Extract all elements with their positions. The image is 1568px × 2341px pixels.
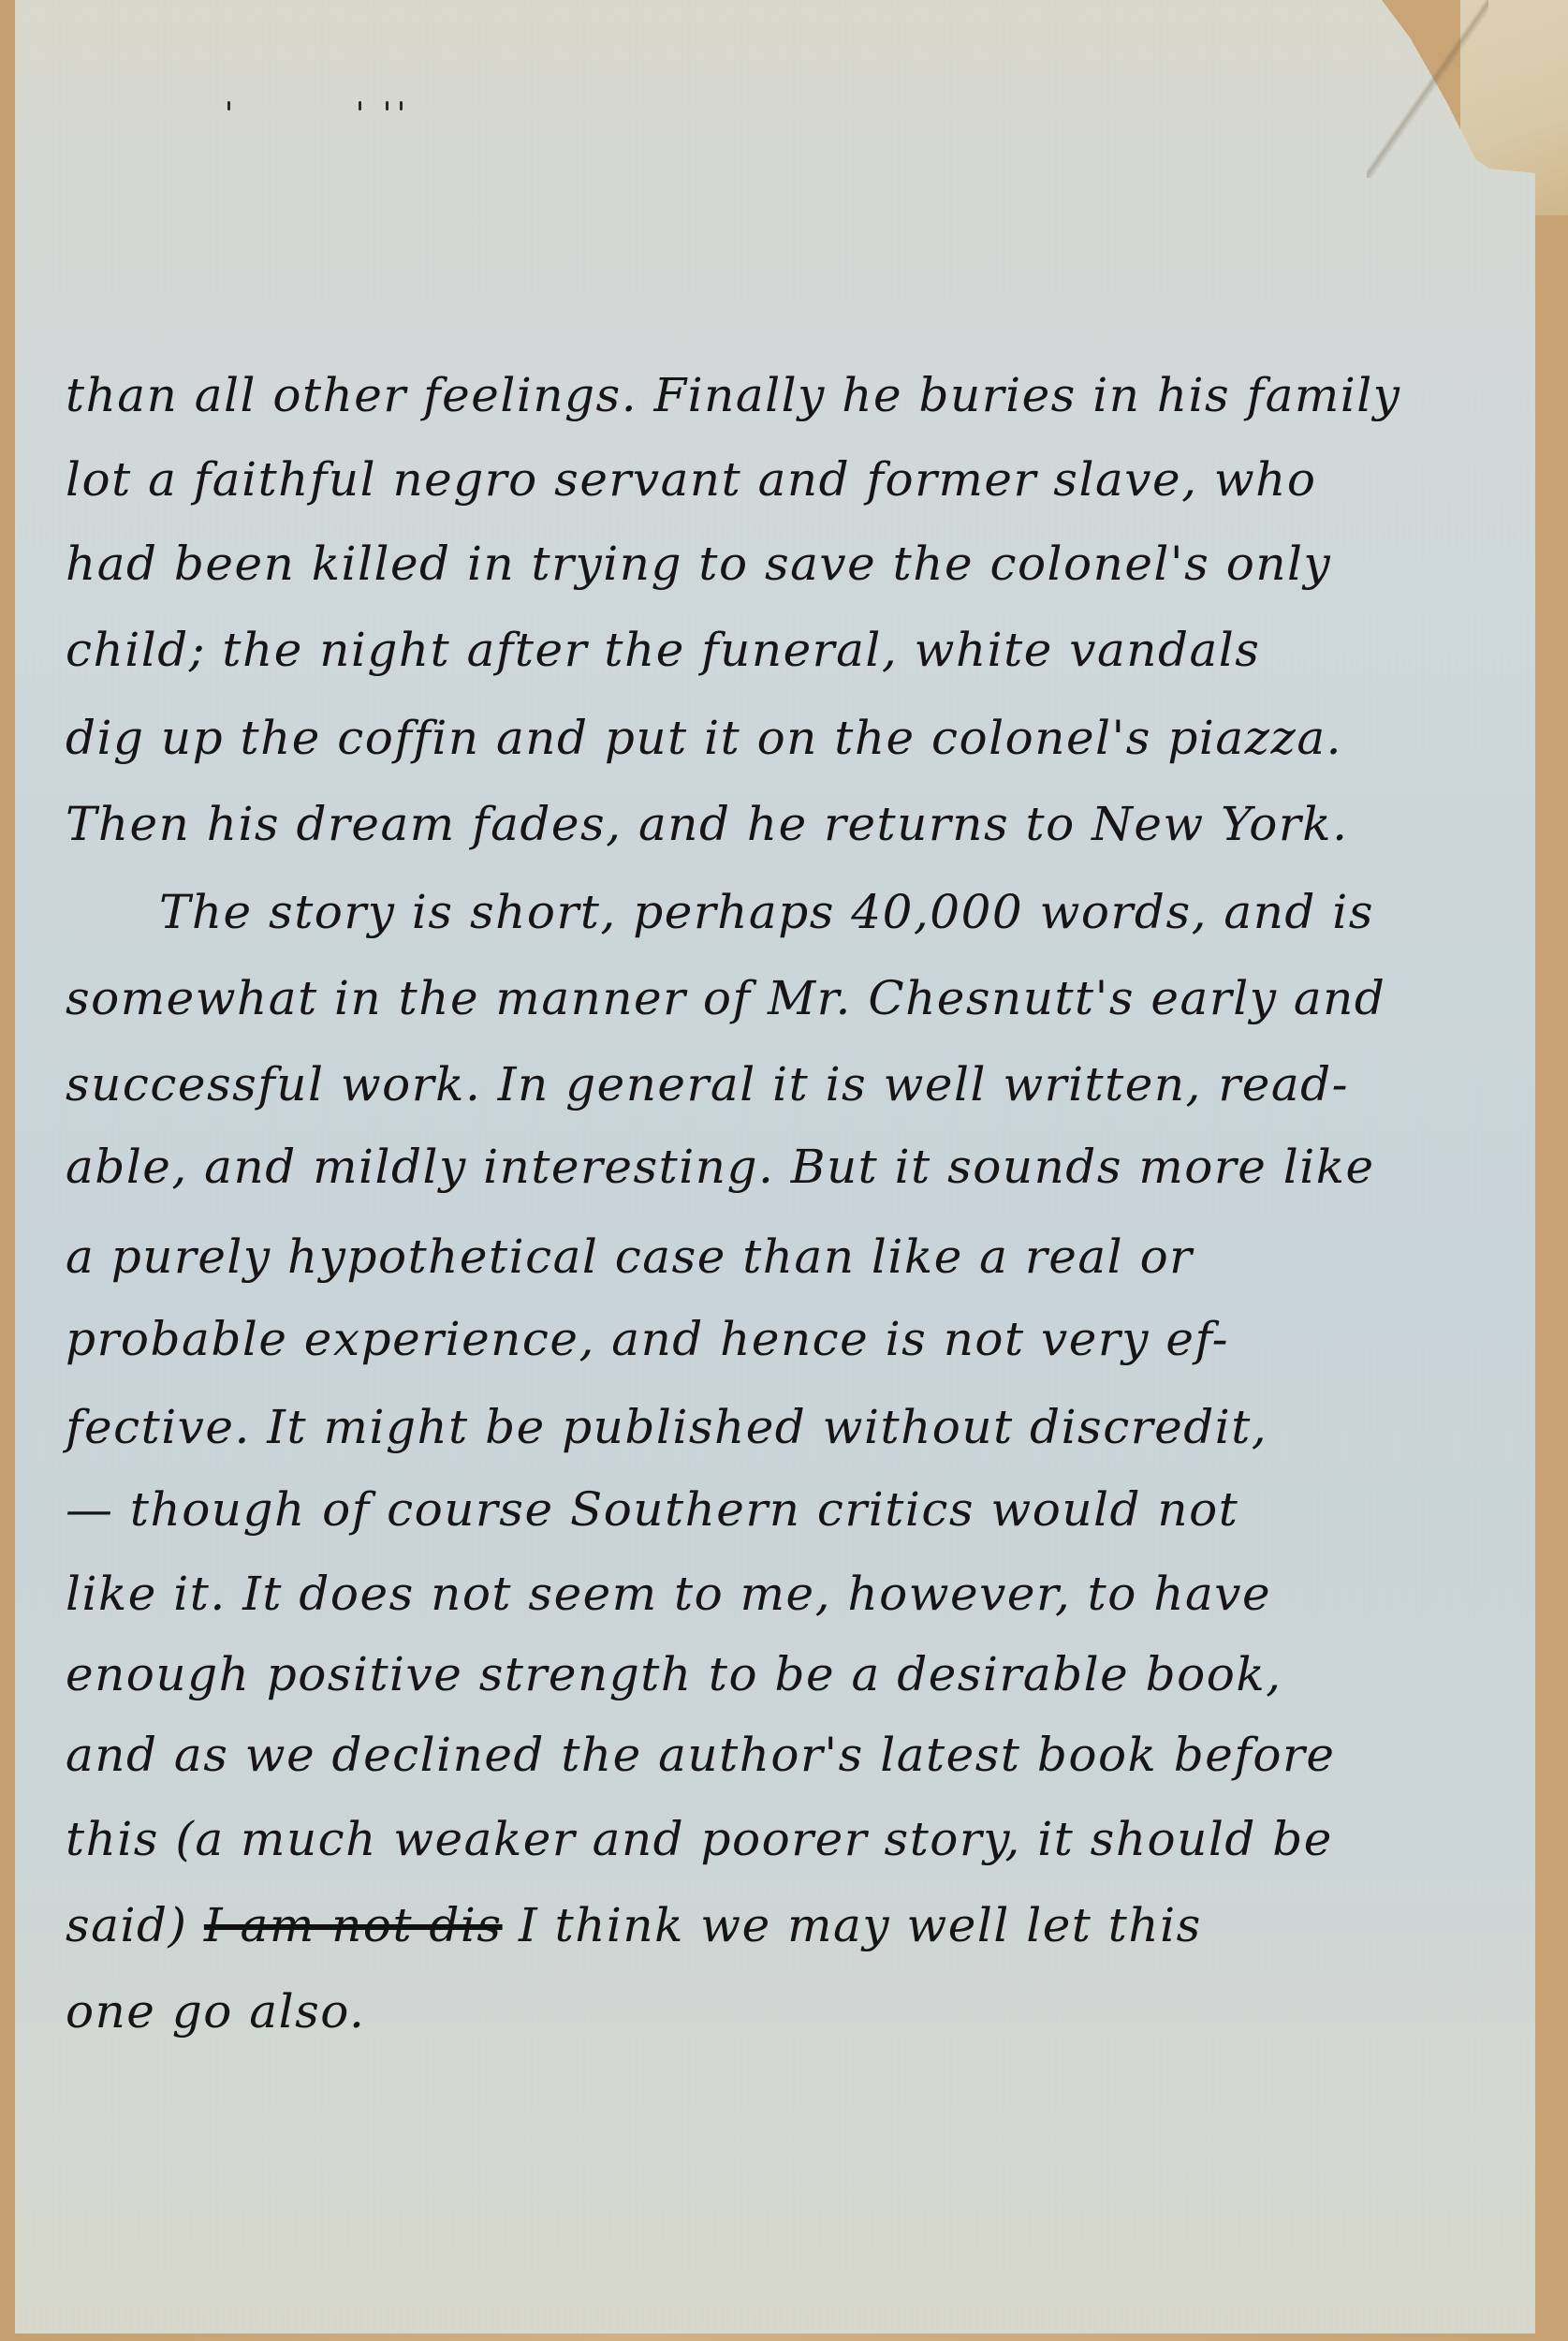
text-line: said) I am not dis I think we may well l… [66,1897,1507,1953]
struck-out-text: I am not dis [204,1898,503,1952]
text-line: this (a much weaker and poorer story, it… [66,1811,1507,1867]
text-line: dig up the coffin and put it on the colo… [66,710,1507,766]
text-segment: I think we may well let this [503,1898,1202,1952]
text-segment: said) [66,1898,204,1952]
text-line: — though of course Southern critics woul… [66,1481,1507,1538]
manuscript-text: than all other feelings. Finally he buri… [0,0,1568,2341]
text-line: fective. It might be published without d… [66,1399,1507,1455]
text-line: lot a faithful negro servant and former … [66,451,1507,508]
text-line: and as we declined the author's latest b… [66,1727,1507,1783]
text-line: one go also. [66,1983,1507,2039]
text-line: probable experience, and hence is not ve… [66,1311,1507,1367]
text-line: child; the night after the funeral, whit… [66,622,1507,678]
text-line: had been killed in trying to save the co… [66,536,1507,592]
text-line: able, and mildly interesting. But it sou… [66,1139,1507,1195]
text-line: a purely hypothetical case than like a r… [66,1229,1507,1285]
text-line: like it. It does not seem to me, however… [66,1566,1507,1622]
text-line: successful work. In general it is well w… [66,1056,1507,1112]
text-line: than all other feelings. Finally he buri… [66,367,1507,423]
text-line: somewhat in the manner of Mr. Chesnutt's… [66,970,1507,1026]
text-line: enough positive strength to be a desirab… [66,1646,1507,1702]
text-line: The story is short, perhaps 40,000 words… [159,884,1568,940]
text-line: Then his dream fades, and he returns to … [66,796,1507,852]
